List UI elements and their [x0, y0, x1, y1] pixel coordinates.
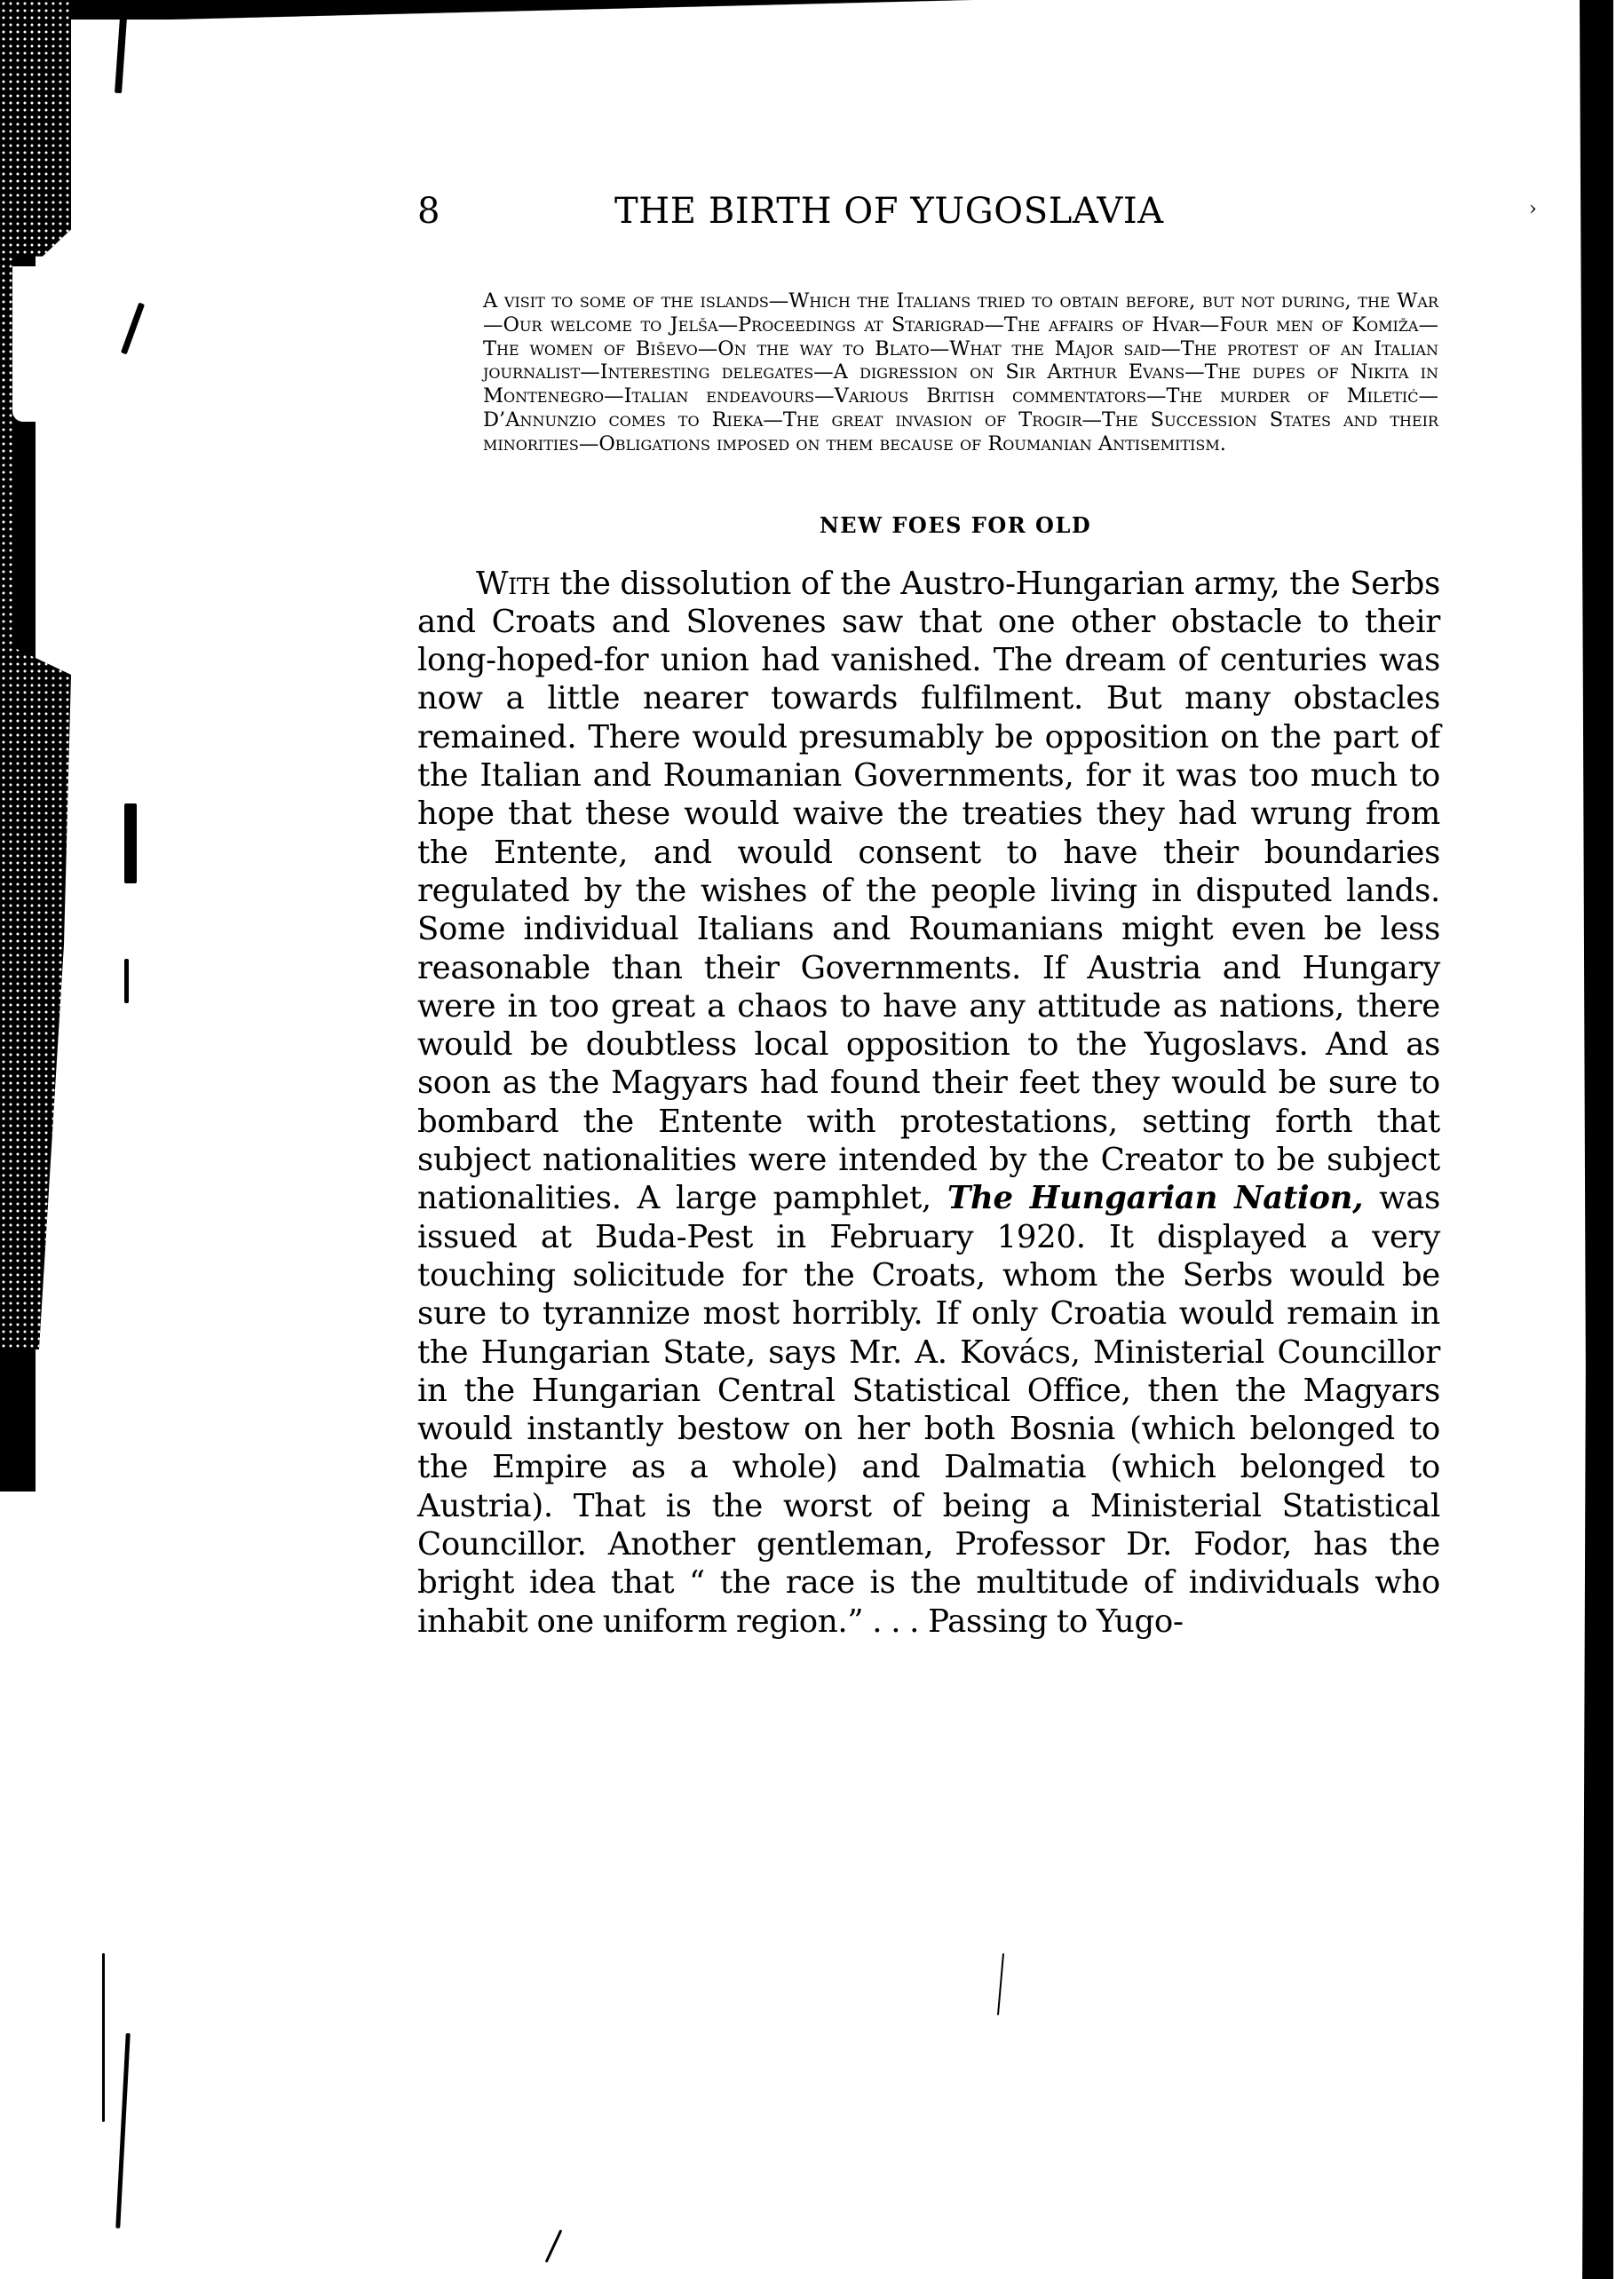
scan-smudge-mark [115, 2033, 131, 2228]
page-number: 8 [417, 191, 440, 232]
body-text-part-2: was issued at Buda-Pest in February 1920… [417, 1180, 1440, 1639]
book-page: 8 THE BIRTH OF YUGOSLAVIA › A visit to s… [417, 191, 1440, 1641]
scan-smudge-mark [124, 959, 129, 1003]
scan-smudge-mark [124, 803, 137, 883]
scan-top-edge-shadow [0, 0, 1598, 20]
running-title: THE BIRTH OF YUGOSLAVIA [614, 191, 1164, 232]
body-text-part-1: the dissolution of the Austro-Hungarian … [417, 566, 1440, 1217]
body-paragraph: With the dissolution of the Austro-Hunga… [417, 565, 1440, 1641]
chapter-synopsis: A visit to some of the islands—Which the… [483, 289, 1438, 456]
scan-left-halftone-band [0, 0, 71, 1349]
scan-right-edge-shadow [1580, 0, 1613, 2279]
scan-left-notch [12, 266, 66, 422]
scan-smudge-mark [115, 18, 127, 93]
running-head: 8 THE BIRTH OF YUGOSLAVIA › [417, 191, 1440, 241]
lead-word: With [476, 566, 551, 602]
scan-smudge-mark [121, 303, 145, 355]
pamphlet-title: The Hungarian Nation, [947, 1180, 1363, 1216]
scan-smudge-mark [997, 1953, 1004, 2015]
stray-mark: › [1529, 198, 1537, 220]
scan-smudge-mark [545, 2229, 563, 2263]
section-heading: NEW FOES FOR OLD [417, 512, 1440, 538]
scan-smudge-mark [102, 1953, 105, 2122]
